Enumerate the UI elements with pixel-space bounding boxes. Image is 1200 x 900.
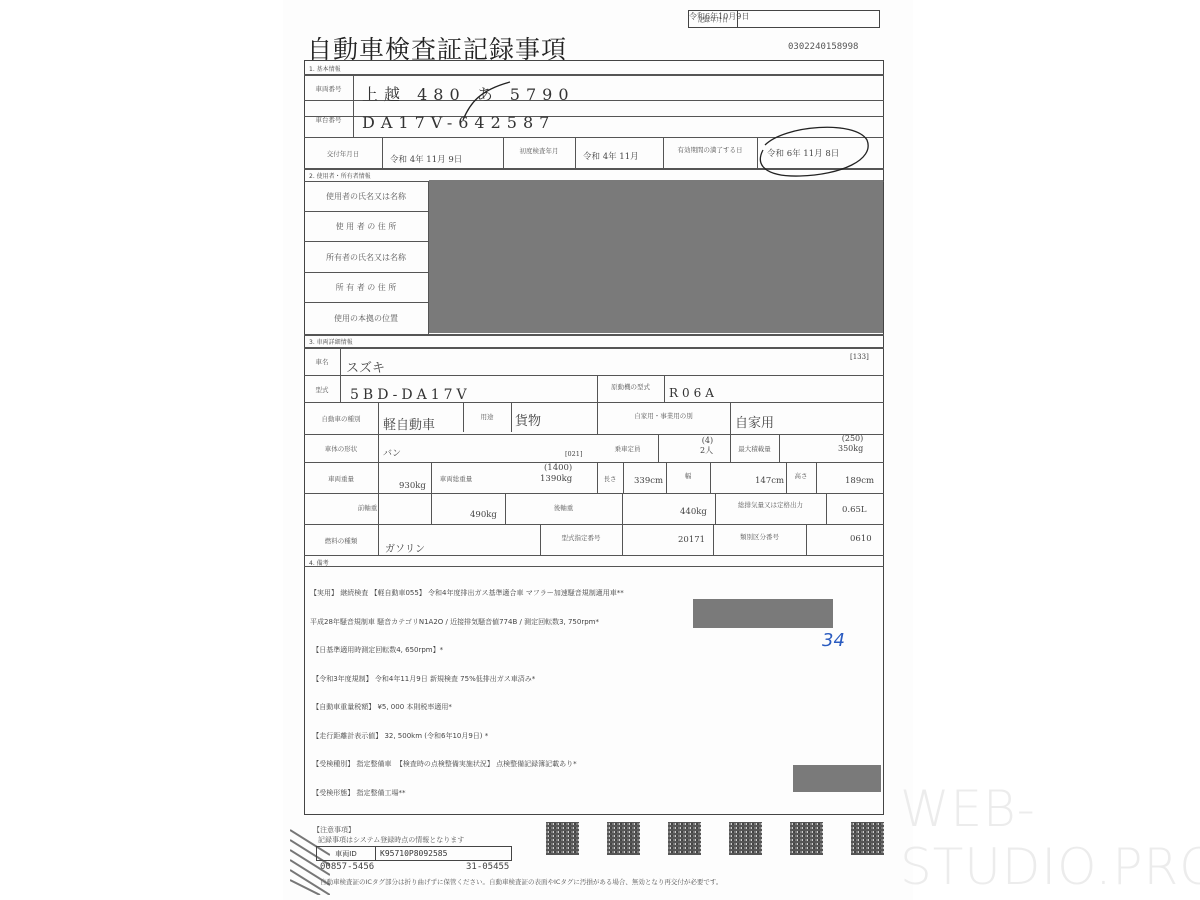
qr-code	[546, 822, 579, 855]
length-value: 339cm	[634, 476, 663, 486]
body-shape-code: [021]	[565, 450, 582, 458]
height-value: 189cm	[845, 476, 874, 486]
gross-weight-label: 車両総重量	[431, 463, 481, 493]
remarks-line: 【日基準適用時測定回転数4, 650rpm】*	[310, 646, 624, 656]
remarks-line: 【受検種別】 指定整備車 【検査時の点検整備実施状況】 点検整備記録簿記載あり*	[310, 760, 624, 770]
category-number-label: 類別区分番号	[713, 525, 806, 547]
vehicle-weight-label: 車両重量	[304, 463, 378, 493]
qr-code	[607, 822, 640, 855]
user-name-label: 使用者の氏名又は名称	[304, 182, 428, 211]
section1-heading: 1. 基本情報	[309, 64, 341, 73]
remarks-line: 【実用】 継続検査 【軽自動車055】 令和4年度排出ガス基準適合車 マフラー加…	[310, 589, 624, 599]
type-approval-label: 型式指定番号	[540, 525, 622, 549]
notice-text: 記録事項はシステム登録時点の情報となります	[318, 835, 464, 845]
width-label: 幅	[666, 463, 710, 487]
owner-name-label: 所有者の氏名又は名称	[304, 242, 428, 272]
vehicle-id-label: 車両ID	[317, 847, 376, 860]
displacement-value: 0.65L	[842, 505, 867, 515]
qr-code	[790, 822, 823, 855]
remarks-line: 【令和3年度規制】 令和4年11月9日 新規検査 75%低排出ガス車済み*	[310, 675, 624, 685]
redacted-owner-info	[429, 180, 883, 333]
bottom-notice: 自動車検査証のICタグ部分は折り曲げずに保管ください。自動車検査証の表面やICタ…	[320, 877, 722, 886]
make-value: スズキ	[346, 357, 385, 376]
engine-type-value: R06A	[669, 386, 718, 400]
qr-code	[729, 822, 762, 855]
capacity-label: 乗車定員	[597, 435, 658, 462]
body-shape-label: 車体の形状	[304, 435, 378, 462]
use-value: 貨物	[515, 410, 541, 429]
width-value: 147cm	[755, 476, 784, 486]
make-label: 車名	[304, 348, 340, 375]
type-approval-value: 20171	[678, 535, 705, 545]
user-address-label: 使 用 者 の 住 所	[304, 212, 428, 241]
code-left: 00857-5456	[320, 862, 374, 872]
year: 6年	[705, 11, 718, 22]
private-commercial-label: 自家用・事業用の別	[597, 403, 730, 427]
vehicle-kind-label: 自動車の種別	[304, 403, 378, 434]
section2-heading: 2. 使用者・所有者情報	[309, 171, 371, 180]
model-label: 型式	[304, 376, 340, 402]
vehicle-kind-value: 軽自動車	[383, 414, 435, 433]
day: 9日	[736, 11, 749, 22]
private-commercial-value: 自家用	[735, 412, 774, 431]
remarks-line: 【自動車重量税額】 ¥5, 000 本則税率適用*	[310, 703, 624, 713]
redacted-stamp	[793, 765, 881, 792]
use-label: 用途	[463, 403, 511, 429]
qr-code	[668, 822, 701, 855]
watermark: WEB-STUDIO.PRO	[900, 780, 1200, 896]
issue-date-label: 交付年月日	[304, 138, 382, 168]
handwritten-note: 34	[822, 630, 845, 651]
max-load-value: (250) 350kg	[838, 434, 863, 454]
fuel-type-label: 燃料の種類	[304, 525, 378, 555]
model-value: 5BD-DA17V	[350, 387, 471, 403]
handwritten-circle-mark	[745, 120, 875, 180]
issue-date-value: 令和 4年 11月 9日	[390, 153, 462, 165]
qr-code	[851, 822, 884, 855]
code-right: 31-05455	[466, 862, 509, 872]
handwritten-check-mark	[455, 78, 515, 128]
first-registration-value: 令和 4年 11月	[583, 150, 639, 162]
record-date-box: 記録年月日 令和 6年 10月 9日	[688, 10, 880, 28]
vehicle-id-value: K95710P8092585	[376, 847, 447, 860]
category-number-value: 0610	[850, 534, 872, 544]
first-registration-label: 初度検査年月	[503, 138, 575, 162]
body-shape-value: バン	[383, 446, 401, 459]
fuel-type-value: ガソリン	[385, 540, 425, 555]
registration-label: 車両番号	[304, 76, 353, 100]
remarks-line: 【走行距離計表示値】 32, 500km (令和6年10月9日) *	[310, 732, 624, 742]
era: 令和	[689, 11, 705, 22]
notice-title: 【注意事項】	[313, 825, 355, 835]
record-date-value: 令和 6年 10月 9日	[689, 11, 749, 22]
engine-type-label: 原動機の型式	[597, 376, 664, 396]
make-code: [133]	[850, 353, 869, 361]
remarks-text: 【実用】 継続検査 【軽自動車055】 令和4年度排出ガス基準適合車 マフラー加…	[310, 570, 624, 808]
capacity-value: (4) 2人	[700, 436, 713, 456]
month: 10月	[718, 11, 736, 22]
chassis-label: 車台番号	[304, 101, 353, 137]
expiry-label: 有効期間の満了する日	[663, 138, 757, 160]
base-location-label: 使用の本拠の位置	[304, 303, 428, 334]
rear-axle-label: 後軸重	[505, 494, 622, 520]
gross-weight-value: (1400) 1390kg	[540, 463, 572, 485]
front-axle-value: 490kg	[470, 510, 497, 520]
rear-axle-value: 440kg	[680, 507, 707, 517]
height-label: 高さ	[786, 463, 816, 487]
displacement-label: 総排気量又は定格出力	[715, 494, 826, 514]
remarks-line: 平成28年騒音規制車 騒音カテゴリN1A2O / 近接排気騒音値774B / 測…	[310, 618, 624, 628]
section3-heading: 3. 車両詳細情報	[309, 337, 353, 346]
length-label: 長さ	[597, 463, 623, 493]
redacted-remark	[693, 599, 833, 628]
remarks-line: 【受検形態】 指定整備工場**	[310, 789, 624, 799]
max-load-label: 最大積載量	[730, 435, 779, 462]
vehicle-id-box: 車両ID K95710P8092585	[316, 846, 512, 861]
document-number: 0302240158998	[788, 42, 858, 52]
front-axle-label: 前軸重	[304, 494, 431, 520]
vehicle-weight-value: 930kg	[399, 481, 426, 491]
owner-address-label: 所 有 者 の 住 所	[304, 273, 428, 302]
